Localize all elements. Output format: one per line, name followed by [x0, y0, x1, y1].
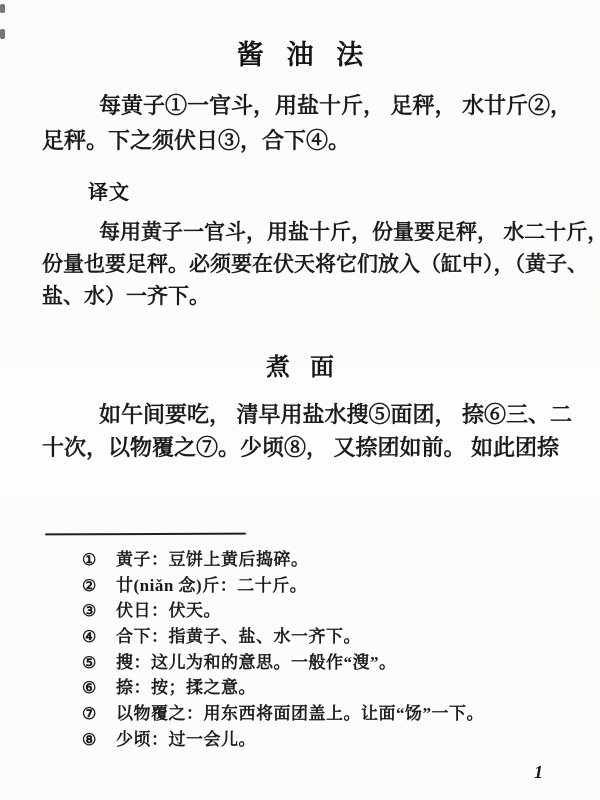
- footnote-marker: ⑤: [82, 651, 116, 677]
- footnote-text: 以物覆之：用东西将面团盖上。让面“饧”一下。: [116, 701, 484, 727]
- footnote-marker: ①: [82, 548, 116, 574]
- text-line: 每用黄子一官斗，用盐十斤，份量要足秤， 水二十斤，: [42, 216, 582, 248]
- translation-paragraph: 每用黄子一官斗，用盐十斤，份量要足秤， 水二十斤， 份量也要足秤。必须要在伏天将…: [42, 216, 582, 312]
- footnote-marker: ⑧: [82, 728, 116, 754]
- footnote-text: 廿(niǎn 念)斤：二十斤。: [116, 573, 307, 599]
- recipe2-text-paragraph: 如午间要吃， 清早用盐水搜⑤面团， 捺⑥三、二 十次，以物覆之⑦。少顷⑧， 又捺…: [42, 398, 582, 464]
- text-line: 每黄子①一官斗，用盐十斤， 足秤， 水廿斤②，: [42, 88, 582, 123]
- footnote-item: ⑥ 捺：按；揉之意。: [82, 675, 570, 701]
- footnote-marker: ⑥: [82, 676, 116, 702]
- footnote-item: ⑧ 少顷：过一会儿。: [82, 727, 570, 753]
- scan-artifact-mark: [0, 4, 5, 13]
- footnote-item: ① 黄子：豆饼上黄后捣碎。: [82, 547, 570, 573]
- footnote-item: ③ 伏日：伏天。: [82, 598, 570, 624]
- footnote-marker: ③: [82, 599, 116, 625]
- text-line: 足秤。下之须伏日③，合下④。: [42, 123, 582, 158]
- footnote-item: ② 廿(niǎn 念)斤：二十斤。: [82, 573, 570, 599]
- footnote-text: 捺：按；揉之意。: [116, 675, 256, 701]
- page-number: 1: [534, 762, 543, 783]
- footnote-item: ⑤ 搜：这儿为和的意思。一般作“溲”。: [82, 650, 570, 676]
- section-title-boiled-noodles: 煮 面: [0, 347, 600, 382]
- scanned-book-page: 酱 油 法 每黄子①一官斗，用盐十斤， 足秤， 水廿斤②， 足秤。下之须伏日③，…: [0, 0, 600, 800]
- footnote-text: 搜：这儿为和的意思。一般作“溲”。: [116, 650, 397, 676]
- footnote-marker: ④: [82, 625, 116, 651]
- footnote-text: 少顷：过一会儿。: [116, 727, 256, 753]
- text-line: 份量也要足秤。必须要在伏天将它们放入（缸中），（黄子、: [42, 248, 582, 280]
- footnote-item: ④ 合下：指黄子、盐、水一齐下。: [82, 624, 570, 650]
- footnote-separator-rule: [45, 533, 246, 536]
- text-line: 十次，以物覆之⑦。少顷⑧， 又捺团如前。 如此团捺: [42, 431, 582, 464]
- footnote-item: ⑦ 以物覆之：用东西将面团盖上。让面“饧”一下。: [82, 701, 570, 727]
- footnote-text: 黄子：豆饼上黄后捣碎。: [116, 547, 309, 573]
- text-line: 如午间要吃， 清早用盐水搜⑤面团， 捺⑥三、二: [42, 398, 582, 431]
- footnote-marker: ②: [82, 574, 116, 600]
- footnotes-list: ① 黄子：豆饼上黄后捣碎。 ② 廿(niǎn 念)斤：二十斤。 ③ 伏日：伏天。…: [82, 547, 570, 753]
- footnote-text: 伏日：伏天。: [116, 598, 221, 624]
- recipe-text-paragraph: 每黄子①一官斗，用盐十斤， 足秤， 水廿斤②， 足秤。下之须伏日③，合下④。: [42, 88, 582, 158]
- translation-heading: 译文: [88, 176, 130, 205]
- footnote-text: 合下：指黄子、盐、水一齐下。: [116, 624, 361, 650]
- text-line: 盐、水）一齐下。: [42, 280, 582, 312]
- footnote-marker: ⑦: [82, 702, 116, 728]
- chapter-title-soy-sauce-method: 酱 油 法: [0, 33, 600, 72]
